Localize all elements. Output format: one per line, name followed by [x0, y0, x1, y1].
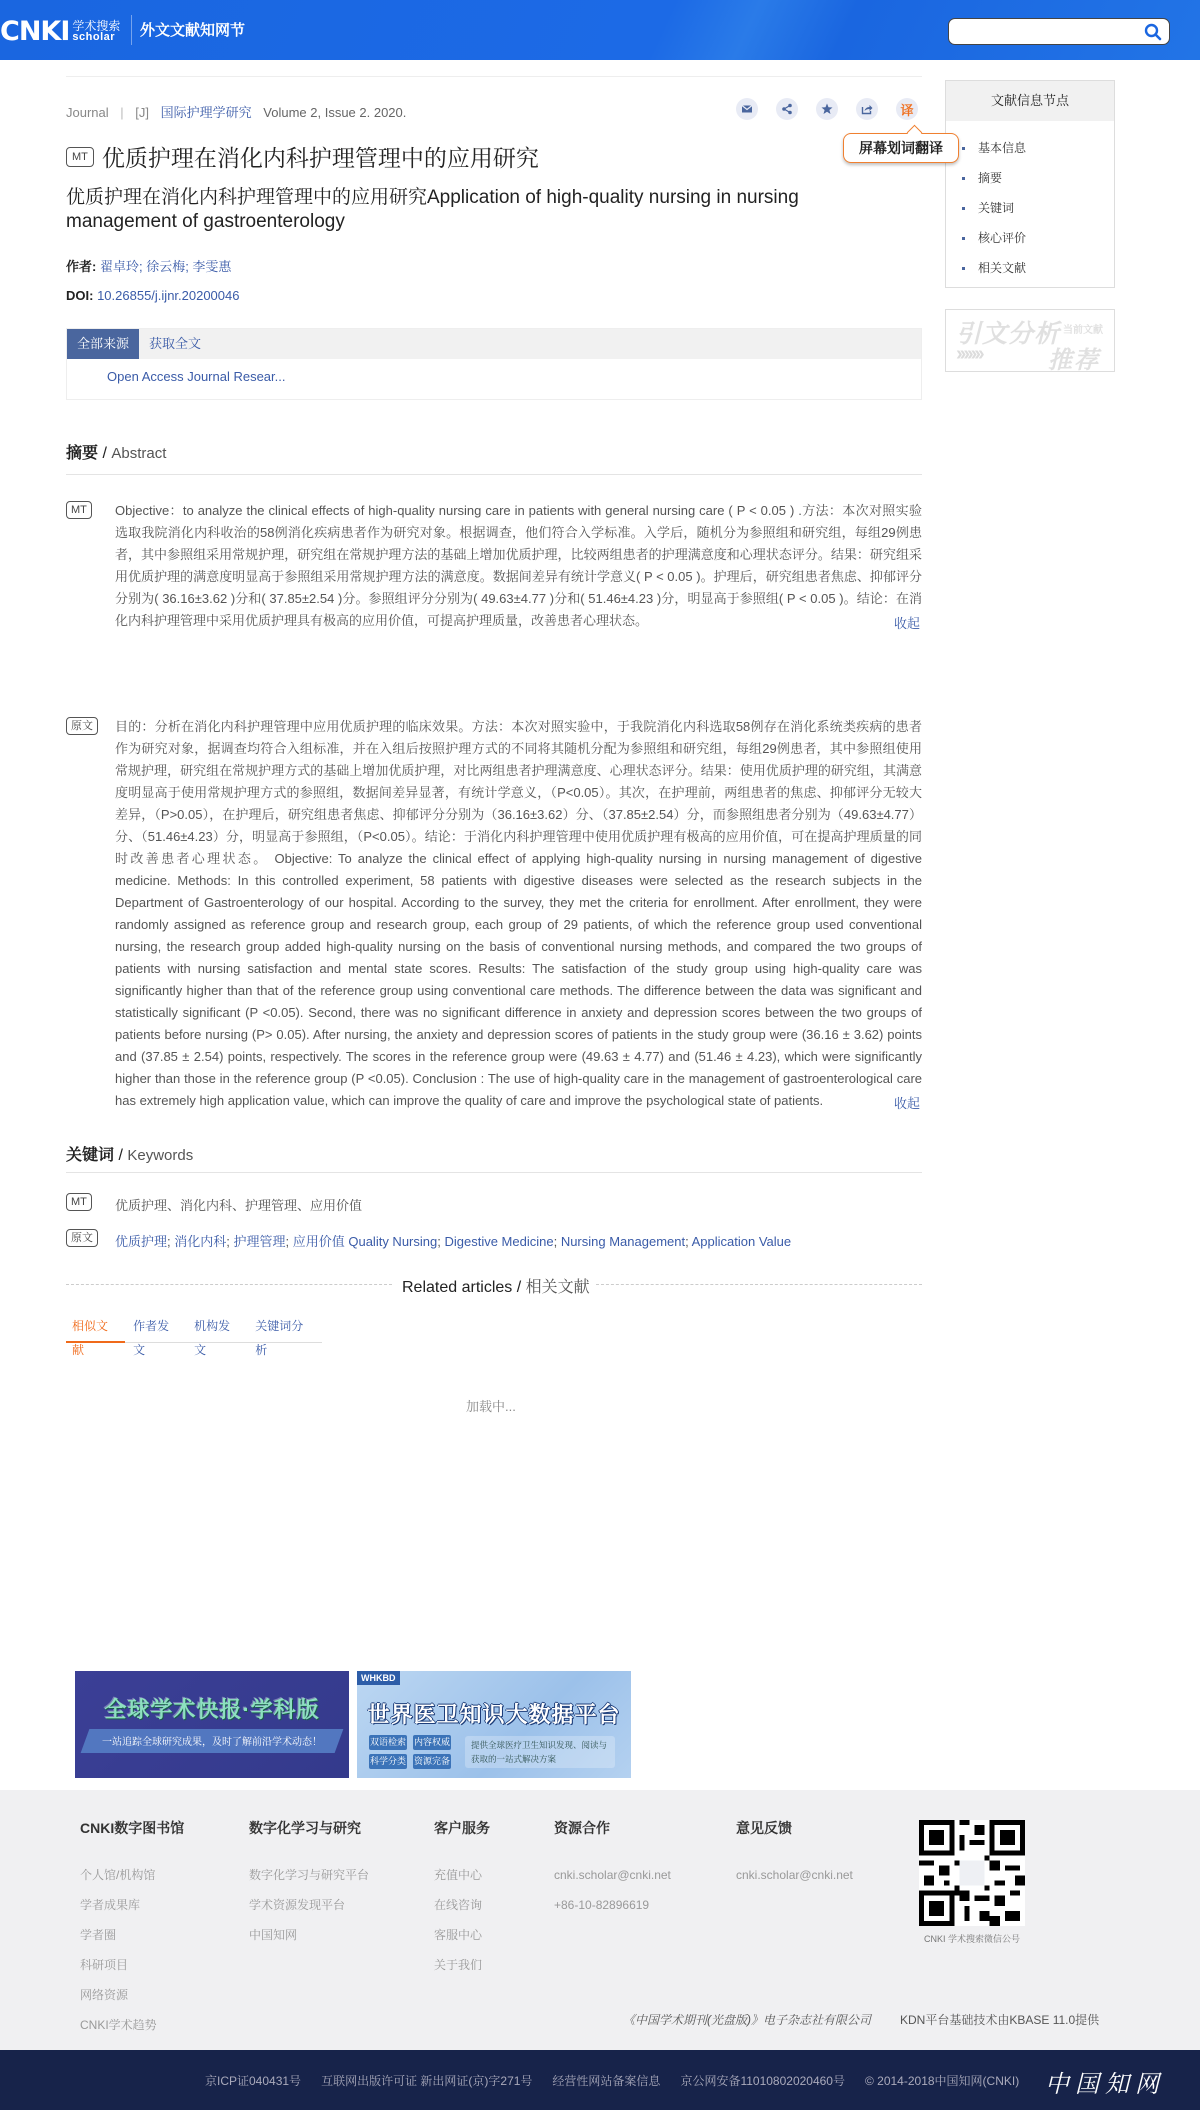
banner-medical-platform[interactable]: WHKBD 世界医卫知识大数据平台 双语检索 内容权威 科学分类 资源完备 提供…: [357, 1671, 631, 1778]
banner-chip: 科学分类: [369, 1754, 407, 1769]
footer-link[interactable]: 学术资源发现平台: [249, 1890, 369, 1920]
collapse-link[interactable]: 收起: [894, 613, 920, 632]
logo-cn: 学术搜索: [72, 20, 120, 32]
mt-badge: MT: [66, 147, 94, 167]
page-title: 优质护理在消化内科护理管理中的应用研究: [102, 140, 539, 173]
collapse-link[interactable]: 收起: [894, 1093, 920, 1112]
footer-heading: 意见反馈: [736, 1818, 853, 1838]
footer-link[interactable]: 中国知网: [249, 1920, 369, 1950]
logo-sub: 学术搜索 scholar: [72, 20, 120, 43]
tab-keyword-analysis[interactable]: 关键词分析: [249, 1314, 320, 1342]
logo-divider: [131, 15, 132, 45]
export-button[interactable]: [856, 98, 878, 120]
footer-heading: CNKI数字图书馆: [80, 1818, 184, 1838]
tab-get-fulltext[interactable]: 获取全文: [139, 329, 211, 359]
cnki-calligraphy-logo[interactable]: 中国知网: [1045, 2064, 1165, 2099]
keywords-mt: MT 优质护理、消化内科、护理管理、应用价值: [66, 1195, 362, 1214]
banner-chip: 资源完备: [413, 1754, 451, 1769]
footer-link[interactable]: 关于我们: [434, 1950, 490, 1980]
favorite-button[interactable]: [816, 98, 838, 120]
top-header: CNKI 学术搜索 scholar 外文文献知网节: [0, 0, 1200, 60]
wechat-qr-code: [919, 1820, 1025, 1926]
footer-phone: +86-10-82896619: [554, 1890, 671, 1920]
footer-col-service: 客户服务 充值中心 在线咨询 客服中心 关于我们: [434, 1818, 490, 1980]
star-icon: [821, 103, 833, 115]
source-tabs: 全部来源 获取全文: [67, 329, 921, 359]
abstract-original: 原文 目的：分析在消化内科护理管理中应用优质护理的临床效果。方法：本次对照实验中…: [66, 716, 922, 1112]
footer-link[interactable]: 充值中心: [434, 1860, 490, 1890]
search-box: [948, 18, 1170, 45]
heading-sep: /: [98, 445, 111, 462]
icp-link[interactable]: 京ICP证040431号: [205, 2072, 301, 2089]
divider: [66, 1172, 922, 1173]
mt-badge: MT: [66, 1193, 92, 1211]
tab-all-sources[interactable]: 全部来源: [67, 329, 139, 359]
footer: CNKI数字图书馆 个人馆/机构馆 学者成果库 学者圈 科研项目 网络资源 CN…: [0, 1790, 1200, 2050]
source-link[interactable]: Open Access Journal Resear...: [107, 369, 921, 384]
footer-link[interactable]: CNKI学术趋势: [80, 2010, 184, 2040]
keywords-original-list: 优质护理; 消化内科; 护理管理; 应用价值 Quality Nursing; …: [115, 1234, 791, 1249]
related-title-cn: 相关文献: [526, 1279, 590, 1296]
related-title: Related articles / 相关文献: [402, 1274, 590, 1297]
doc-type-code: [J]: [135, 105, 149, 120]
doi-label: DOI:: [66, 288, 93, 303]
authors-line: 作者: 翟卓玲; 徐云梅; 李雯惠: [66, 256, 231, 275]
tab-similar-articles[interactable]: 相似文献: [66, 1314, 125, 1343]
nav-item-related[interactable]: 相关文献: [962, 253, 1114, 283]
legal-items: 京ICP证040431号 互联网出版许可证 新出网证(京)字271号 经营性网站…: [205, 2072, 1019, 2089]
banner-title: 世界医卫知识大数据平台: [357, 1698, 631, 1729]
doc-type: Journal: [66, 105, 109, 120]
nav-item-keywords[interactable]: 关键词: [962, 193, 1114, 223]
publishing-license-link[interactable]: 互联网出版许可证 新出网证(京)字271号: [321, 2072, 532, 2089]
related-heading: Related articles / 相关文献: [66, 1274, 922, 1294]
site-name: 外文文献知网节: [140, 19, 245, 40]
divider: [66, 76, 922, 77]
nav-title: 文献信息节点: [946, 81, 1114, 121]
divider: [66, 474, 922, 475]
keyword-link[interactable]: 应用价值 Quality Nursing: [293, 1234, 437, 1249]
keyword-link[interactable]: Nursing Management: [561, 1234, 685, 1249]
keywords-heading: 关键词 / Keywords: [66, 1142, 193, 1165]
loading-text: 加载中...: [466, 1396, 516, 1415]
search-icon[interactable]: [1143, 22, 1163, 42]
cnki-scholar-logo[interactable]: CNKI 学术搜索 scholar: [0, 16, 120, 46]
volume-issue: Volume 2, Issue 2. 2020.: [263, 105, 406, 120]
abstract-mt: MT Objective：to analyze the clinical eff…: [66, 500, 922, 632]
action-buttons: 译: [736, 98, 918, 120]
footer-link[interactable]: 数字化学习与研究平台: [249, 1860, 369, 1890]
tech-text: KDN平台基础技术由KBASE 11.0提供: [900, 2011, 1099, 2028]
footer-col-learning: 数字化学习与研究 数字化学习与研究平台 学术资源发现平台 中国知网: [249, 1818, 369, 1950]
public-security-link[interactable]: 京公网安备11010802020460号: [680, 2072, 845, 2089]
search-input[interactable]: [957, 19, 1137, 43]
footer-heading: 客户服务: [434, 1818, 490, 1838]
tab-author-articles[interactable]: 作者发文: [127, 1314, 186, 1342]
logo-en: scholar: [72, 32, 120, 43]
original-badge: 原文: [66, 717, 98, 735]
mt-badge: MT: [66, 501, 92, 519]
keyword-link[interactable]: 优质护理: [115, 1234, 167, 1249]
copyright: © 2014-2018中国知网(CNKI): [865, 2072, 1019, 2089]
cite-subtitle: 当前文献: [1063, 321, 1103, 336]
journal-name-link[interactable]: 国际护理学研究: [161, 105, 252, 120]
heading-sep: /: [114, 1147, 127, 1164]
banner-tag: WHKBD: [357, 1671, 400, 1685]
abstract-heading: 摘要 / Abstract: [66, 440, 166, 463]
footer-col-library: CNKI数字图书馆 个人馆/机构馆 学者成果库 学者圈 科研项目 网络资源 CN…: [80, 1818, 184, 2040]
related-tabs: 相似文献 作者发文 机构发文 关键词分析: [66, 1314, 322, 1343]
nav-item-basic-info[interactable]: 基本信息: [962, 133, 1114, 163]
banner-chip: 内容权威: [413, 1735, 451, 1750]
doi-line: DOI: 10.26855/j.ijnr.20200046: [66, 288, 239, 303]
title-row: MT 优质护理在消化内科护理管理中的应用研究: [66, 140, 539, 173]
chevrons-icon: ›››››››: [956, 343, 982, 366]
abstract-heading-en: Abstract: [111, 445, 166, 462]
footer-col-feedback: 意见反馈 cnki.scholar@cnki.net: [736, 1818, 853, 1890]
logo-text: CNKI: [0, 16, 69, 47]
nav-item-core-evaluation[interactable]: 核心评价: [962, 223, 1114, 253]
separator: |: [120, 105, 123, 120]
website-filing-link[interactable]: 经营性网站备案信息: [552, 2072, 660, 2089]
footer-col-cooperation: 资源合作 cnki.scholar@cnki.net +86-10-828966…: [554, 1818, 671, 1920]
doc-info-nav: 文献信息节点 基本信息 摘要 关键词 核心评价 相关文献: [945, 80, 1115, 288]
abstract-mt-text: Objective：to analyze the clinical effect…: [115, 500, 922, 632]
footer-link[interactable]: 个人馆/机构馆: [80, 1860, 184, 1890]
source-box: 全部来源 获取全文 Open Access Journal Resear...: [66, 328, 922, 400]
journal-info: Journal | [J] 国际护理学研究 Volume 2, Issue 2.…: [66, 102, 406, 121]
citation-analysis-box[interactable]: 引文分析 当前文献 ››››››› 推荐: [945, 309, 1115, 372]
envelope-icon: [741, 103, 753, 115]
banner-desc: 提供全球医疗卫生知识发现、阅读与获取的一站式解决方案: [465, 1736, 615, 1768]
keywords-original: 原文 优质护理; 消化内科; 护理管理; 应用价值 Quality Nursin…: [66, 1231, 791, 1250]
original-title: 优质护理在消化内科护理管理中的应用研究Application of high-q…: [66, 186, 866, 234]
export-icon: [861, 103, 873, 115]
keywords-heading-cn: 关键词: [66, 1147, 114, 1164]
footer-link[interactable]: 在线咨询: [434, 1890, 490, 1920]
heading-sep: /: [512, 1279, 525, 1296]
keywords-mt-text: 优质护理、消化内科、护理管理、应用价值: [115, 1198, 362, 1213]
share-icon: [781, 103, 793, 115]
publisher-text: 《中国学术期刊(光盘版)》电子杂志社有限公司: [623, 2011, 871, 2028]
footer-link[interactable]: 学者成果库: [80, 1890, 184, 1920]
banner-title: 全球学术快报·学科版: [75, 1693, 349, 1724]
legal-bar: 京ICP证040431号 互联网出版许可证 新出网证(京)字271号 经营性网站…: [0, 2050, 1200, 2110]
banner-academic-express[interactable]: 全球学术快报·学科版 一站追踪全球研究成果，及时了解前沿学术动态！: [75, 1671, 349, 1778]
footer-link[interactable]: 科研项目: [80, 1950, 184, 1980]
nav-item-abstract[interactable]: 摘要: [962, 163, 1114, 193]
authors-label: 作者:: [66, 259, 96, 274]
abstract-heading-cn: 摘要: [66, 445, 98, 462]
banner-subtitle: 一站追踪全球研究成果，及时了解前沿学术动态！: [75, 1733, 349, 1748]
footer-heading: 资源合作: [554, 1818, 671, 1838]
translate-button[interactable]: 译: [896, 98, 918, 120]
keyword-link[interactable]: Digestive Medicine: [444, 1234, 553, 1249]
original-badge: 原文: [66, 1229, 98, 1247]
translate-tooltip: 屏幕划词翻译: [843, 133, 959, 163]
share-button[interactable]: [776, 98, 798, 120]
footer-link[interactable]: 学者圈: [80, 1920, 184, 1950]
keyword-link[interactable]: 消化内科: [174, 1234, 226, 1249]
cite-recommend: 推荐: [1048, 340, 1100, 372]
dashed-divider: [66, 1284, 392, 1285]
footer-link[interactable]: 网络资源: [80, 1980, 184, 2010]
footer-email[interactable]: cnki.scholar@cnki.net: [554, 1860, 671, 1890]
footer-email[interactable]: cnki.scholar@cnki.net: [736, 1860, 853, 1890]
keyword-link[interactable]: Application Value: [692, 1234, 792, 1249]
banner-chip: 双语检索: [369, 1735, 407, 1750]
keyword-link[interactable]: 护理管理: [234, 1234, 286, 1249]
keywords-heading-en: Keywords: [127, 1147, 193, 1164]
abstract-original-text: 目的：分析在消化内科护理管理中应用优质护理的临床效果。方法：本次对照实验中，于我…: [115, 716, 922, 1112]
tab-institution-articles[interactable]: 机构发文: [188, 1314, 247, 1342]
authors-links[interactable]: 翟卓玲; 徐云梅; 李雯惠: [100, 259, 231, 274]
footer-heading: 数字化学习与研究: [249, 1818, 369, 1838]
qr-caption: CNKI 学术搜索微信公号: [909, 1932, 1035, 1945]
footer-link[interactable]: 客服中心: [434, 1920, 490, 1950]
dashed-divider: [596, 1284, 922, 1285]
email-button[interactable]: [736, 98, 758, 120]
related-title-en: Related articles: [402, 1279, 512, 1296]
doi-link[interactable]: 10.26855/j.ijnr.20200046: [97, 288, 239, 303]
